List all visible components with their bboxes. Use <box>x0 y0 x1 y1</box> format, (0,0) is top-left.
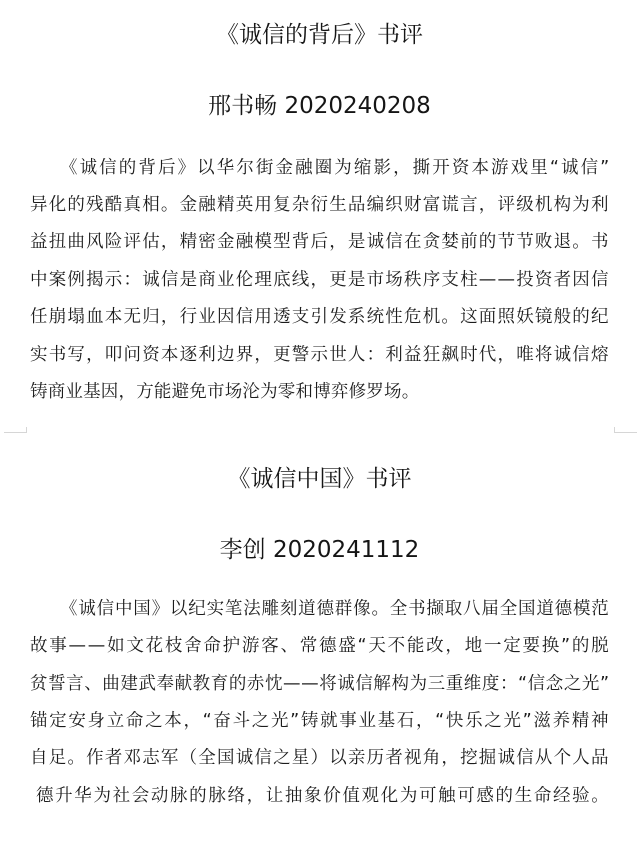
review-2-line: 自足。作者邓志军（全国诚信之星）以亲历者视角，挖掘诚信从个人品 <box>30 746 610 770</box>
page-break-corner-mark <box>4 427 27 433</box>
review-1-line: 中案例揭示：诚信是商业伦理底线，更是市场秩序支柱——投资者因信 <box>30 268 610 292</box>
review-2-line: 故事——如文花枝舍命护游客、常德盛“天不能改，地一定要换”的脱 <box>30 634 610 658</box>
review-2-line: 贫誓言、曲建武奉献教育的赤忱——将诚信解构为三重维度：“信念之光” <box>30 672 610 696</box>
review-2-author: 李创 2020241112 <box>0 535 639 565</box>
review-1-line: 异化的残酷真相。金融精英用复杂衍生品编织财富谎言，评级机构为利 <box>30 193 610 217</box>
review-1-line: 《诚信的背后》以华尔街金融圈为缩影，撕开资本游戏里“诚信” <box>60 156 611 180</box>
review-1-title: 《诚信的背后》书评 <box>0 20 639 50</box>
review-1-line: 铸商业基因，方能避免市场沦为零和博弈修罗场。 <box>30 380 419 404</box>
review-2-line: 《诚信中国》以纪实笔法雕刻道德群像。全书撷取八届全国道德模范 <box>60 597 610 621</box>
review-2-line: 锚定安身立命之本，“奋斗之光”铸就事业基石，“快乐之光”滋养精神 <box>30 709 610 733</box>
review-2-title: 《诚信中国》书评 <box>0 464 639 494</box>
review-1-line: 益扭曲风险评估，精密金融模型背后，是诚信在贪婪前的节节败退。书 <box>30 230 610 254</box>
page-break-corner-mark <box>614 427 637 433</box>
review-1-author: 邢书畅 2020240208 <box>0 91 639 121</box>
review-1-line: 实书写，叩问资本逐利边界，更警示世人：利益狂飙时代，唯将诚信熔 <box>30 343 610 367</box>
review-2-line: 德升华为社会动脉的脉络，让抽象价值观化为可触可感的生命经验。 <box>36 784 610 808</box>
review-1-line: 任崩塌血本无归，行业因信用透支引发系统性危机。这面照妖镜般的纪 <box>30 305 610 329</box>
